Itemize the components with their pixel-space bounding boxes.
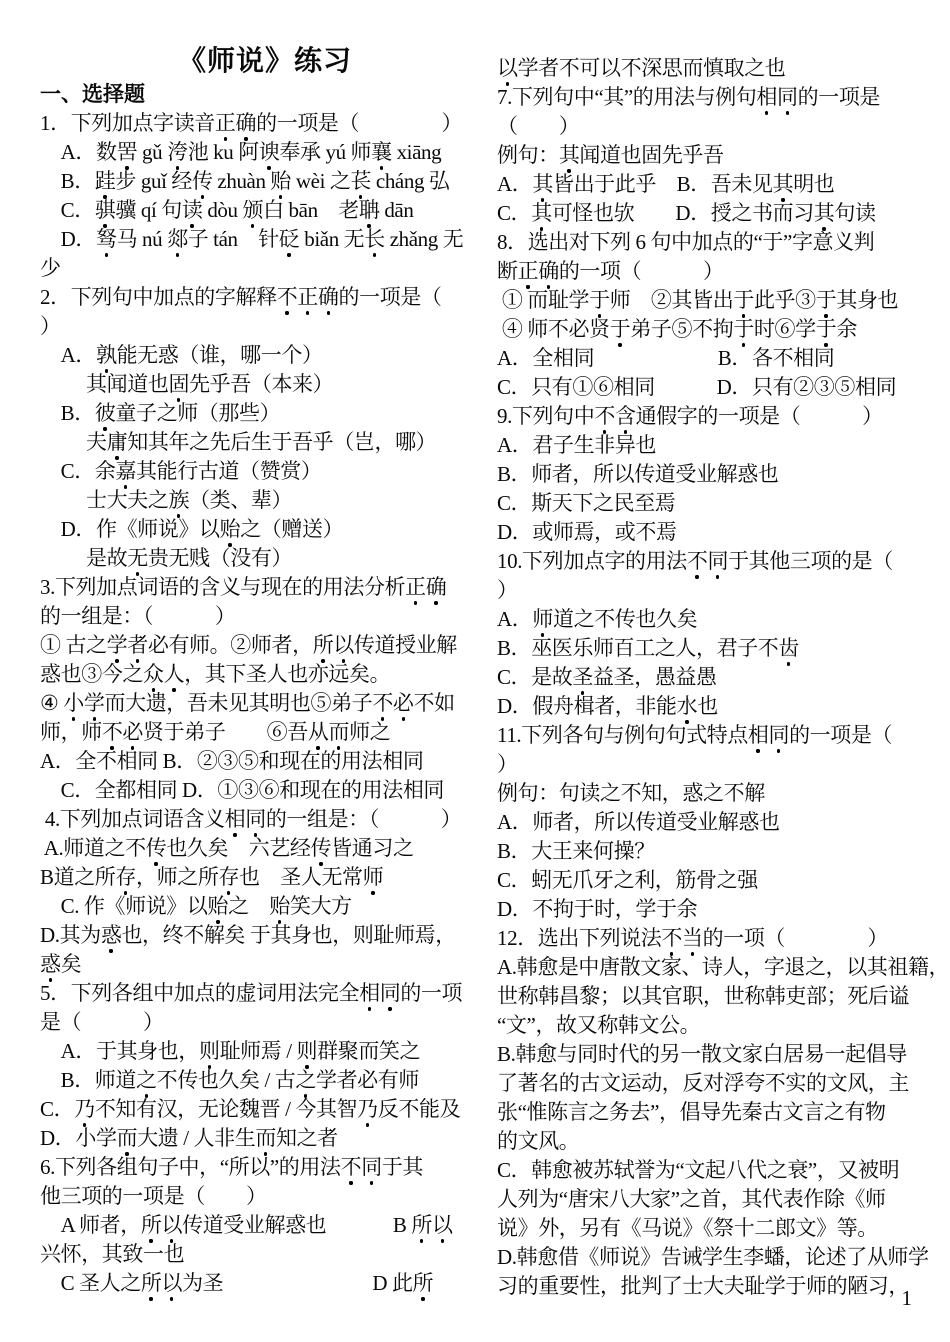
emphasis-dot-char: 存 xyxy=(115,863,136,892)
emphasis-dot-char: 孰 xyxy=(96,341,117,370)
emphasis-dot-char: 族 xyxy=(168,486,189,515)
text-line: A．全不相同 B．②③⑤和现在的用法相同 xyxy=(40,747,490,776)
text-line: D.韩愈借《师说》告诫学生李蟠，论述了从师学 xyxy=(497,1243,947,1272)
text-line: 7.下列句中“其”的用法与例句相同的一项是 xyxy=(497,83,947,112)
text-line: B．跬步 guǐ 经传 zhuàn 贻 wèi 之苌 cháng 弘 xyxy=(40,167,490,196)
text-line: 5．下列各组中加点的虚词用法完全相同的一项 xyxy=(40,979,490,1008)
emphasis-dot-char: 惑 xyxy=(101,921,122,950)
emphasis-dot-char: 长 xyxy=(364,225,385,254)
page-number: 1 xyxy=(902,1284,913,1313)
emphasis-dot-char: 之 xyxy=(295,1066,316,1095)
emphasis-dot-char: 所 xyxy=(313,631,334,660)
emphasis-dot-char: 而 xyxy=(117,1124,138,1153)
text-line: 9.下列句中不含通假字的一项是（ ） xyxy=(497,402,947,431)
emphasis-dot-char: 所 xyxy=(411,1211,432,1240)
emphasis-dot-char: 罟 xyxy=(117,138,138,167)
emphasis-dot-char: 人 xyxy=(164,660,185,689)
text-line: 说》外，另有《马说》《祭十二郎文》等。 xyxy=(497,1214,947,1243)
emphasis-dot-char: 彼 xyxy=(95,399,116,428)
document-title: 《师说》练习 xyxy=(40,44,490,80)
text-line: A．数罟 gǔ 洿池 ku 阿谀奉承 yú 师襄 xiāng xyxy=(40,138,490,167)
emphasis-dot-char: 确 xyxy=(236,109,257,138)
text-line: ① 而耻学于师 ②其皆出于此乎③于其身也 xyxy=(497,286,947,315)
emphasis-dot-char: 驽 xyxy=(96,225,117,254)
text-line: 6.下列各组句子中，“所以”的用法不同于其 xyxy=(40,1153,490,1182)
emphasis-dot-char: 师 xyxy=(363,863,384,892)
emphasis-dot-char: 圣 xyxy=(572,663,593,692)
emphasis-dot-char: 相 xyxy=(748,721,769,750)
text-line: D．作《师说》以贻之（赠送） xyxy=(40,515,490,544)
emphasis-dot-char: 无 xyxy=(127,544,148,573)
emphasis-dot-char: 颁 xyxy=(242,196,263,225)
text-line: 少 xyxy=(40,254,490,283)
emphasis-dot-char: 确 xyxy=(426,573,447,602)
text-line: ） xyxy=(40,312,490,341)
emphasis-dot-char: 以 xyxy=(432,1211,453,1240)
emphasis-dot-char: 正 xyxy=(215,109,236,138)
emphasis-dot-char: 传 xyxy=(192,167,213,196)
text-line: C．斯天下之民至焉 xyxy=(497,489,947,518)
emphasis-dot-char: 于 xyxy=(816,315,837,344)
emphasis-dot-char: 齿 xyxy=(778,634,799,663)
emphasis-dot-char: 贻 xyxy=(208,892,229,921)
emphasis-dot-char: 当 xyxy=(682,924,703,953)
emphasis-dot-char: 不 xyxy=(102,718,123,747)
emphasis-dot-char: 众 xyxy=(143,660,164,689)
emphasis-dot-char: 其 xyxy=(531,199,552,228)
text-line: C．余嘉其能行古道（赞赏） xyxy=(40,457,490,486)
emphasis-dot-char: 襄 xyxy=(371,138,392,167)
text-line: 3.下列加点词语的含义与现在的用法分析正确 xyxy=(40,573,490,602)
text-line: A．孰能无惑（谁，哪一个） xyxy=(40,341,490,370)
emphasis-dot-char: 不 xyxy=(372,689,393,718)
text-line: D．假舟楫者，非能水也 xyxy=(497,692,947,721)
text-line: “文”，故又称韩文公。 xyxy=(497,1011,947,1040)
emphasis-dot-char: 不 xyxy=(341,1153,362,1182)
text-line: ④ 小学而大遗，吾未见其明也⑤弟子不必不如 xyxy=(40,689,490,718)
emphasis-dot-char: 正 xyxy=(297,283,318,312)
emphasis-dot-char: 其 xyxy=(773,170,794,199)
emphasis-dot-char: 必 xyxy=(393,689,414,718)
emphasis-dot-char: 同 xyxy=(380,979,401,1008)
emphasis-dot-char: 贻 xyxy=(220,515,241,544)
text-line: ① 古之学者必有师。②师者，所以传道授业解 xyxy=(40,631,490,660)
emphasis-dot-char: 于 xyxy=(733,286,754,315)
emphasis-dot-char: 谀 xyxy=(259,138,280,167)
text-line: C．乃不知有汉，无论魏晋 / 今其智乃反不能及 xyxy=(40,1095,490,1124)
emphasis-dot-char: 同 xyxy=(361,1153,382,1182)
text-line: （ ） xyxy=(497,112,947,141)
text-line: 4.下列加点词语含义相同的一组是：（ ） xyxy=(40,805,490,834)
emphasis-dot-char: 者 xyxy=(127,631,148,660)
text-line: A．君子生非异也 xyxy=(497,431,947,460)
text-line: C．蚓无爪牙之利，筋骨之强 xyxy=(497,866,947,895)
emphasis-dot-char: 存 xyxy=(218,863,239,892)
text-line: 的文风。 xyxy=(497,1127,947,1156)
emphasis-dot-char: 同 xyxy=(768,721,789,750)
emphasis-dot-char: 骐 xyxy=(95,196,116,225)
emphasis-dot-char: 贻 xyxy=(269,892,290,921)
emphasis-dot-char: 乃 xyxy=(74,1095,95,1124)
emphasis-dot-char: 不 xyxy=(661,924,682,953)
emphasis-dot-char: 于 xyxy=(733,315,754,344)
text-line: B．师道之不传也久矣 / 古之学者必有师 xyxy=(40,1066,490,1095)
text-line: 是故无贵无贱（没有） xyxy=(40,544,490,573)
text-line: D．小学而大遗 / 人非生而知之者 xyxy=(40,1124,490,1153)
right-column: 以学者不可以不深思而慎取之也7.下列句中“其”的用法与例句相同的一项是（ ）例句… xyxy=(497,0,947,1301)
text-line: C．只有①⑥相同 D．只有②③⑤相同 xyxy=(497,373,947,402)
emphasis-dot-char: 不 xyxy=(277,283,298,312)
text-line: C．全都相同 D．①③⑥和现在的用法相同 xyxy=(40,776,490,805)
text-line: B．彼童子之师（那些） xyxy=(40,399,490,428)
emphasis-dot-char: 所 xyxy=(141,1211,162,1240)
emphasis-dot-char: 学 xyxy=(84,689,105,718)
text-line: D．驽马 nú 郯子 tán 针砭 biǎn 无长 zhǎng 无 xyxy=(40,225,490,254)
emphasis-dot-char: 惑 xyxy=(40,950,61,979)
text-line: ） xyxy=(497,750,947,779)
emphasis-dot-char: 相 xyxy=(225,805,246,834)
emphasis-dot-char: 于 xyxy=(610,315,631,344)
emphasis-dot-char: 之 xyxy=(136,1066,157,1095)
text-line: 世称韩昌黎；以其官职，世称韩吏部；死后谥 xyxy=(497,982,947,1011)
emphasis-dot-char: 同 xyxy=(707,547,728,576)
text-line: 了著名的古文运动，反对浮夸不实的文风，主 xyxy=(497,1069,947,1098)
emphasis-dot-char: 固 xyxy=(168,370,189,399)
emphasis-dot-char: 含 xyxy=(615,402,636,431)
emphasis-dot-char: 洿 xyxy=(167,138,188,167)
text-line: 惑矣 xyxy=(40,950,490,979)
emphasis-dot-char: 正 xyxy=(405,573,426,602)
emphasis-dot-char: 则 xyxy=(199,1037,220,1066)
text-line: A．于其身也，则耻师焉 / 则群聚而笑之 xyxy=(40,1037,490,1066)
emphasis-dot-char: 于 xyxy=(816,286,837,315)
text-line: A．师者，所以传道受业解惑也 xyxy=(497,808,947,837)
text-line: C．是故圣益圣，愚益愚 xyxy=(497,663,947,692)
text-line: C．其可怪也欤 D．授之书而习其句读 xyxy=(497,199,947,228)
text-line: A 师者，所以传道受业解惑也 B 所以 xyxy=(40,1211,490,1240)
emphasis-dot-char: 水 xyxy=(677,692,698,721)
emphasis-dot-char: 从 xyxy=(308,718,329,747)
text-line: D．不拘于时，学于余 xyxy=(497,895,947,924)
text-line: 士大夫之族（类、辈） xyxy=(40,486,490,515)
text-line: 例句：其闻道也固先乎吾 xyxy=(497,141,947,170)
text-line: 的一组是：（ ） xyxy=(40,602,490,631)
left-column: 《师说》练习 一、选择题 1．下列加点字读音正确的一项是（ ） A．数罟 gǔ … xyxy=(40,0,490,1298)
text-line: 夫庸知其年之先后生于吾乎（岂，哪） xyxy=(40,428,490,457)
emphasis-dot-char: 师 xyxy=(532,605,553,634)
right-column-text: 以学者不可以不深思而慎取之也7.下列句中“其”的用法与例句相同的一项是（ ）例句… xyxy=(497,0,947,1301)
emphasis-dot-char: 嘉 xyxy=(115,457,136,486)
text-line: B．师者，所以传道受业解惑也 xyxy=(497,460,947,489)
text-line: C 圣人之所以为圣 D 此所 xyxy=(40,1269,490,1298)
emphasis-dot-char: 聃 xyxy=(359,196,380,225)
text-line: 例句：句读之不知，惑之不解 xyxy=(497,779,947,808)
text-line: B道之所存，师之所存也 圣人无常师 xyxy=(40,863,490,892)
emphasis-dot-char: 以 xyxy=(161,1269,182,1298)
emphasis-dot-char: 学 xyxy=(107,631,128,660)
section-heading: 一、选择题 xyxy=(40,80,490,109)
text-line: 师，师不必贤于弟子 ⑥吾从而师之 xyxy=(40,718,490,747)
text-line: 其闻道也固先乎吾（本来） xyxy=(40,370,490,399)
emphasis-dot-char: 于 xyxy=(589,286,610,315)
text-line: 是（ ） xyxy=(40,1008,490,1037)
emphasis-dot-char: 其 xyxy=(814,199,835,228)
text-line: B．巫医乐师百工之人，君子不齿 xyxy=(497,634,947,663)
emphasis-dot-char: 读 xyxy=(182,196,203,225)
emphasis-dot-char: 苌 xyxy=(350,167,371,196)
text-line: C．韩愈被苏轼誉为“文起八代之衰”，又被明 xyxy=(497,1156,947,1185)
text-line: 1．下列加点字读音正确的一项是（ ） xyxy=(40,109,490,138)
text-line: 11.下列各句与例句句式特点相同的一项是（ xyxy=(497,721,947,750)
text-line: A.韩愈是中唐散文家、诗人，字退之，以其祖籍， xyxy=(497,953,947,982)
emphasis-dot-char: 同 xyxy=(777,83,798,112)
emphasis-dot-char: 砭 xyxy=(279,225,300,254)
text-line: 兴怀，其致一也 xyxy=(40,1240,490,1269)
emphasis-dot-char: 贻 xyxy=(270,167,291,196)
text-line: 惑也③今之众人，其下圣人也亦远矣。 xyxy=(40,660,490,689)
emphasis-dot-char: 所 xyxy=(141,1269,162,1298)
text-line: D．或师焉，或不焉 xyxy=(497,518,947,547)
emphasis-dot-char: 而 xyxy=(255,1124,276,1153)
text-line: B.韩愈与同时代的另一散文家白居易一起倡导 xyxy=(497,1040,947,1069)
text-line: 以学者不可以不深思而慎取之也 xyxy=(497,54,947,83)
text-line: 2．下列句中加点的字解释不正确的一项是（ xyxy=(40,283,490,312)
text-line: 他三项的一项是（ ） xyxy=(40,1182,490,1211)
emphasis-dot-char: 以 xyxy=(333,631,354,660)
emphasis-dot-char: 相 xyxy=(756,83,777,112)
emphasis-dot-char: 庸 xyxy=(107,428,128,457)
emphasis-dot-char: 乃 xyxy=(357,1095,378,1124)
emphasis-dot-char: 其 xyxy=(559,141,580,170)
emphasis-dot-char: 传 xyxy=(311,834,332,863)
emphasis-dot-char: 传 xyxy=(146,834,167,863)
emphasis-dot-char: 郯 xyxy=(167,225,188,254)
text-line: C．骐骥 qí 句读 dòu 颁白 bān 老聃 dān xyxy=(40,196,490,225)
text-line: A.师道之不传也久矣 六艺经传皆通习之 xyxy=(40,834,490,863)
emphasis-dot-char: 而 xyxy=(328,718,349,747)
text-line: 12．选出下列说法不当的一项（ ） xyxy=(497,924,947,953)
text-line: A．师道之不传也久矣 xyxy=(497,605,947,634)
emphasis-dot-char: 以 xyxy=(497,54,518,83)
emphasis-dot-char: 不 xyxy=(594,402,615,431)
left-column-text: 1．下列加点字读音正确的一项是（ ） A．数罟 gǔ 洿池 ku 阿谀奉承 yú… xyxy=(40,109,490,1298)
emphasis-dot-char: 其 xyxy=(532,170,553,199)
text-line: 断正确的一项（ ） xyxy=(497,257,947,286)
text-line: 8．选出对下列 6 句中加点的“于”字意义判 xyxy=(497,228,947,257)
emphasis-dot-char: 必 xyxy=(122,718,143,747)
text-line: D.其为惑也，终不解矣 于其身也，则耻师焉， xyxy=(40,921,490,950)
emphasis-dot-char: 所 xyxy=(413,1269,434,1298)
text-line: ） xyxy=(497,576,947,605)
text-line: 10.下列加点字的用法不同于其他三项的是（ xyxy=(497,547,947,576)
text-line: C. 作《师说》以贻之 贻笑大方 xyxy=(40,892,490,921)
emphasis-dot-char: 小 xyxy=(63,689,84,718)
document-page: 《师说》练习 一、选择题 1．下列加点字读音正确的一项是（ ） A．数罟 gǔ … xyxy=(0,0,950,1342)
text-line: 张“惟陈言之务去”，倡导先秦古文言之有物 xyxy=(497,1098,947,1127)
emphasis-dot-char: 则 xyxy=(297,1037,318,1066)
emphasis-dot-char: 相 xyxy=(359,979,380,1008)
text-line: ④ 师不必贤于弟子⑤不拘于时⑥学于余 xyxy=(497,315,947,344)
emphasis-dot-char: 以 xyxy=(161,1211,182,1240)
emphasis-dot-char: 确 xyxy=(538,257,559,286)
text-line: 习的重要性，批判了士大夫耻学于师的陋习， xyxy=(497,1272,947,1301)
text-line: A．全相同 B．各不相同 xyxy=(497,344,947,373)
text-line: 人列为“唐宋八大家”之首，其代表作除《师 xyxy=(497,1185,947,1214)
emphasis-dot-char: 不 xyxy=(687,547,708,576)
emphasis-dot-char: 跬 xyxy=(95,167,116,196)
text-line: A．其皆出于此乎 B．吾未见其明也 xyxy=(497,170,947,199)
emphasis-dot-char: 同 xyxy=(245,805,266,834)
emphasis-dot-char: 确 xyxy=(318,283,339,312)
emphasis-dot-char: 正 xyxy=(518,257,539,286)
text-line: B．大王来何操？ xyxy=(497,837,947,866)
